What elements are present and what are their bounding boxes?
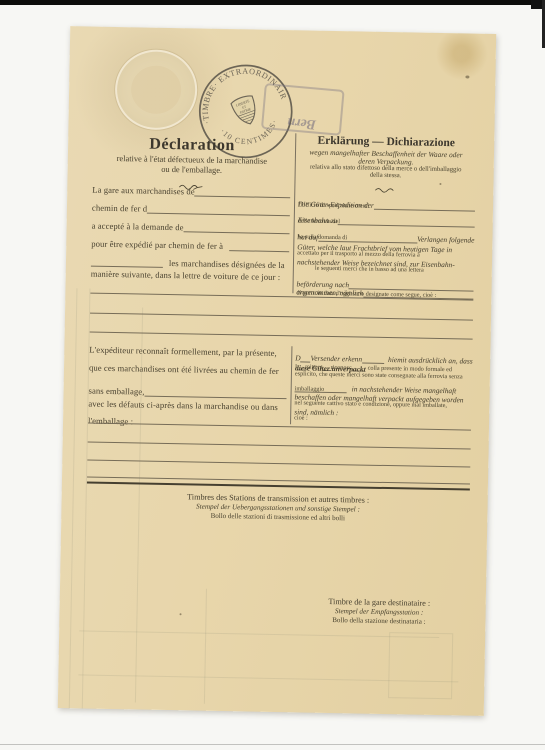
form-label: que ces marchandises ont été livrées au … <box>89 363 279 376</box>
paper-speck <box>180 613 182 615</box>
writing-line <box>90 332 473 340</box>
scanned-document-page: ·TIMBRE· EXTRAORDINAIRE· ·10 CENTIMES· L… <box>0 0 545 750</box>
declaration-form-sheet: ·TIMBRE· EXTRAORDINAIRE· ·10 CENTIMES· L… <box>58 26 496 716</box>
form-label: chemin de fer d <box>92 203 147 214</box>
form-label-it: cioè : <box>294 414 308 421</box>
form-line: les marchandises désignées de la <box>91 252 289 271</box>
form-line: pour être expédié par chemin de fer à <box>91 234 289 253</box>
blank-line <box>183 217 289 234</box>
blank-line <box>144 382 286 400</box>
form-label: sans emballage, <box>89 386 145 397</box>
form-line: L'expéditeur reconnaît formellement, par… <box>89 345 287 359</box>
writing-line <box>90 313 473 321</box>
form-label: pour être expédié par chemin de fer à <box>91 239 223 251</box>
paper-speck <box>439 183 441 185</box>
ornament-squiggle-icon <box>374 187 396 193</box>
form-line: sans emballage, <box>89 381 287 400</box>
form-label-it: della ferrovia del <box>298 217 340 225</box>
showthrough-line <box>204 589 207 704</box>
scan-edge-top <box>0 0 545 5</box>
blank-line <box>91 252 163 269</box>
form-line: que ces marchandises ont été livrées au … <box>89 363 287 377</box>
blank-line <box>229 236 289 252</box>
form-label: l'emballage : <box>88 416 133 427</box>
form-label: a accepté à la demande de <box>92 221 184 233</box>
blank-line <box>195 181 291 198</box>
form-label-it: le seguenti merci che in basso ad una le… <box>315 265 424 274</box>
french-title: Déclaration <box>93 135 291 157</box>
form-label-it: l'Ufficio di spedizione-merci <box>298 201 369 209</box>
form-label: manière suivante, dans la lettre de voit… <box>91 269 281 282</box>
paper-speck <box>465 75 469 78</box>
scan-edge-bottom <box>0 744 545 745</box>
form-line: manière suivante, dans la lettre de voit… <box>91 269 289 283</box>
shield-icon: LIBERTÉ ET PATRIE <box>230 94 261 128</box>
column-divider-upper <box>292 133 296 293</box>
form-label-it: ha sulla domanda di <box>297 233 347 241</box>
form-label: les marchandises désignées de la <box>169 258 285 270</box>
form-label: avec les défauts ci-après dans la marcha… <box>88 399 278 412</box>
bern-stamp-text: Bern <box>287 113 317 131</box>
showthrough-line <box>79 630 439 638</box>
bern-rubber-stamp: Bern <box>261 83 345 136</box>
form-line: avec les défauts ci-après dans la marcha… <box>88 399 286 413</box>
blank-line <box>147 199 290 217</box>
form-label: L'expéditeur reconnaît formellement, par… <box>89 345 277 358</box>
writing-line <box>87 460 470 468</box>
showthrough-box <box>388 632 453 699</box>
column-divider-middle <box>290 346 292 424</box>
writing-line <box>88 442 471 450</box>
form-label: La gare aux marchandises de <box>92 185 195 197</box>
showthrough-line <box>69 288 78 708</box>
form-line: La gare aux marchandises de <box>92 180 290 199</box>
form-line: a accepté à la demande de <box>92 216 290 235</box>
form-line: chemin de fer d <box>92 198 290 217</box>
